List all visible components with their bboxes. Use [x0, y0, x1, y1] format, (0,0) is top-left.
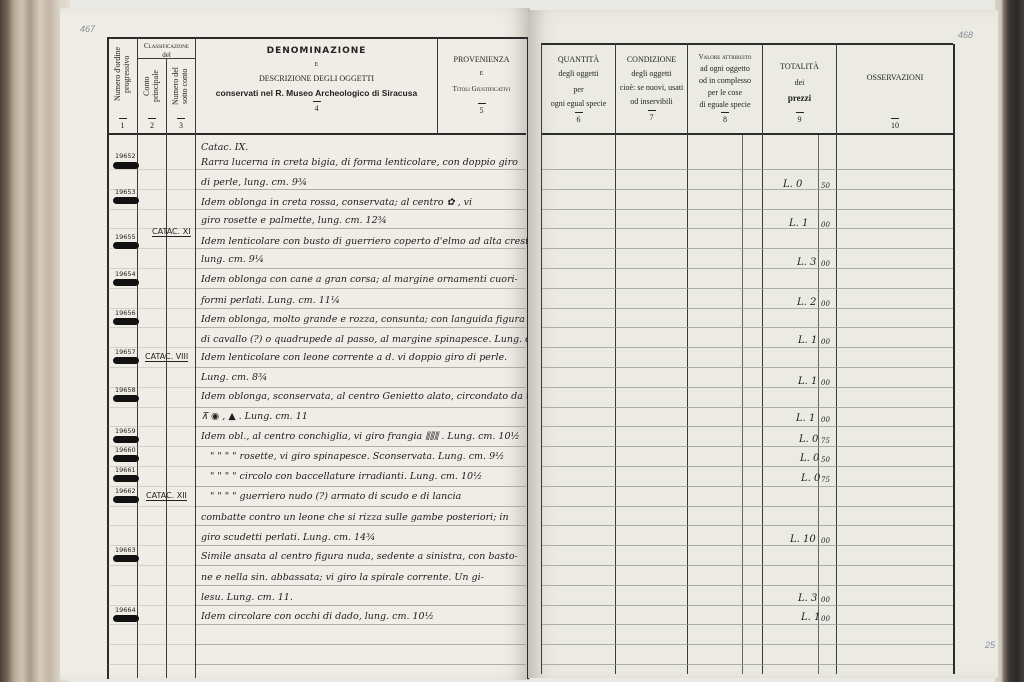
header-col-6-number: 6 [542, 112, 615, 125]
ruled-line [542, 605, 953, 606]
entry-text-line: Simile ansata al centro figura nuda, sed… [201, 551, 518, 562]
ruled-line [196, 169, 526, 170]
price-lire: L. 0 [783, 179, 802, 190]
header-col-9-number: 9 [763, 112, 836, 125]
ruled-line [542, 644, 953, 645]
ruled-line [108, 209, 195, 210]
ruled-line [196, 426, 526, 427]
redaction-blot [113, 318, 139, 325]
ruled-line [196, 407, 526, 408]
redaction-blot [113, 279, 139, 286]
header-col-8-line2: ad ogni oggetto [688, 64, 762, 74]
entry-text-line: ⊼ ◉ , ▲ . Lung. cm. 11 [201, 411, 308, 422]
header-col-3-label: Numero del sotto conto [172, 62, 190, 110]
ruled-line [542, 327, 953, 328]
header-col-2-label: Conto principale [143, 62, 161, 110]
price-cents: 00 [821, 379, 830, 387]
entry-text-line: giro rosette e palmette, lung. cm. 12¾ [201, 215, 387, 226]
entry-text-line: Idem oblonga in creta rossa, conservata;… [201, 197, 472, 208]
header-col-2: Conto principale 2 [138, 62, 166, 130]
col-divider [687, 44, 688, 674]
redaction-blot [113, 395, 139, 402]
header-col-8-number: 8 [688, 112, 762, 125]
ruled-line [196, 565, 526, 566]
book-right-edge [995, 0, 1024, 682]
ruled-line [196, 466, 526, 467]
header-col-4-number: 4 [196, 101, 437, 114]
header-col-9-line2: dei [763, 78, 836, 88]
bottom-corner-number: 25 [985, 640, 995, 650]
col-divider [615, 44, 616, 674]
header-col-5-line2: Titoli Giustificativi [438, 85, 525, 94]
price-lire: L. 0 [799, 434, 818, 445]
header-col-7-line2: degli oggetti [616, 69, 687, 79]
entry-text-line: formi perlati. Lung. cm. 11¼ [201, 295, 340, 306]
entry-number: 19660 [115, 446, 136, 454]
classification-label: Classificazione [138, 42, 195, 51]
redaction-blot [113, 496, 139, 503]
price-lire: L. 1 [796, 413, 815, 424]
entry-number: 19664 [115, 606, 136, 614]
right-header-top-line [541, 43, 953, 45]
ruled-line [542, 565, 953, 566]
ruled-line [542, 446, 953, 447]
entry-text-line: Idem lenticolare con busto di guerriero … [201, 236, 538, 247]
ruled-line [196, 189, 526, 190]
entry-text-line: Idem oblonga, molto grande e rozza, cons… [201, 314, 525, 325]
ruled-line [542, 486, 953, 487]
ruled-line [542, 268, 953, 269]
ruled-line [108, 169, 195, 170]
col-subdivider [742, 135, 743, 674]
redaction-blot [113, 197, 139, 204]
ruled-line [196, 644, 526, 645]
ruled-line [196, 506, 526, 507]
col-subdivider [818, 135, 819, 674]
header-col-9-line3: prezzi [763, 93, 836, 104]
price-cents: 00 [821, 300, 830, 308]
price-lire: L. 10 [790, 534, 816, 545]
redaction-blot [113, 555, 139, 562]
entry-text-line: lesu. Lung. cm. 11. [201, 592, 293, 603]
ruled-line [542, 189, 953, 190]
ruled-line [108, 506, 195, 507]
entry-text-line: Lung. cm. 8¾ [201, 372, 267, 383]
ruled-line [108, 367, 195, 368]
col-divider [762, 44, 763, 674]
ruled-line [542, 209, 953, 210]
ruled-line [108, 664, 195, 665]
header-col-9: TOTALITÀ dei prezzi 9 [763, 62, 836, 125]
entry-number: 19662 [115, 487, 136, 495]
ruled-line [196, 268, 526, 269]
redaction-blot [113, 242, 139, 249]
entry-text-line: di perle, lung. cm. 9¾ [201, 177, 307, 188]
entry-text-line: " " " " guerriero nudo (?) armato di scu… [210, 491, 461, 502]
header-col-6-line4: ogni egual specie [542, 99, 615, 109]
ruled-line [542, 347, 953, 348]
header-col-6-line2: degli oggetti [542, 69, 615, 79]
ruled-line [542, 228, 953, 229]
price-cents: 00 [821, 221, 830, 229]
ruled-line [196, 624, 526, 625]
redaction-blot [113, 436, 139, 443]
header-col-4-conj: E [196, 62, 437, 70]
ruled-line [542, 407, 953, 408]
entry-text-line: " " " " circolo con baccellature irradia… [210, 471, 482, 482]
price-lire: L. 1 [798, 376, 817, 387]
header-col-6: QUANTITÀ degli oggetti per ogni egual sp… [542, 55, 615, 125]
entry-text-line: Rarra lucerna in creta bigia, di forma l… [201, 157, 518, 168]
header-col-4: DENOMINAZIONE E DESCRIZIONE DEGLI OGGETT… [196, 46, 437, 114]
ruled-line [542, 426, 953, 427]
price-lire: L. 0 [801, 473, 820, 484]
header-col-2-number: 2 [148, 118, 156, 130]
price-lire: L. 3 [798, 593, 817, 604]
entry-number: 19656 [115, 309, 136, 317]
entry-text-line: Idem oblonga, sconservata, al centro Gen… [201, 391, 544, 402]
header-col-6-line3: per [542, 85, 615, 95]
entry-text-line: combatte contro un leone che si rizza su… [201, 512, 509, 523]
price-cents: 50 [821, 456, 830, 464]
redaction-blot [113, 475, 139, 482]
price-cents: 75 [821, 437, 830, 445]
ruled-line [196, 347, 526, 348]
header-col-8-line4: per le cose [688, 88, 762, 98]
ruled-line [542, 308, 953, 309]
header-col-4-line2: DESCRIZIONE DEGLI OGGETTI [196, 74, 437, 84]
col-divider [541, 44, 542, 674]
ruled-line [196, 664, 526, 665]
col-divider [195, 38, 196, 678]
price-cents: 00 [821, 615, 830, 623]
ruled-line [196, 605, 526, 606]
classification-sub: del [138, 51, 195, 60]
header-col-1-label: Numero d'ordine progressivo [114, 40, 132, 108]
entry-text-line: giro scudetti perlati. Lung. cm. 14¾ [201, 532, 375, 543]
header-col-5-number: 5 [438, 103, 525, 116]
entry-text-line: ne e nella sin. abbassata; vi giro la sp… [201, 572, 484, 583]
price-lire: L. 1 [801, 612, 820, 623]
header-col-5-conj: E [438, 71, 525, 79]
redaction-blot [113, 357, 139, 364]
right-page-number: 468 [958, 30, 973, 40]
ruled-line [196, 525, 526, 526]
header-col-7-number: 7 [616, 110, 687, 123]
price-cents: 00 [821, 596, 830, 604]
ruled-line [196, 288, 526, 289]
entry-text-line: Idem circolare con occhi di dado, lung. … [201, 611, 434, 622]
price-cents: 00 [821, 260, 830, 268]
header-col-7-line1: CONDIZIONE [616, 55, 687, 65]
ruled-line [542, 525, 953, 526]
header-col-8-line1: Valore attribuito [688, 53, 762, 62]
ruled-line [108, 585, 195, 586]
header-col-6-line1: QUANTITÀ [542, 55, 615, 65]
ruled-line [542, 367, 953, 368]
entry-number: 19653 [115, 188, 136, 196]
price-cents: 50 [821, 182, 830, 190]
ruled-line [196, 327, 526, 328]
entry-number: 19652 [115, 152, 136, 160]
ruled-line [542, 545, 953, 546]
entry-number: 19659 [115, 427, 136, 435]
entry-number: 19663 [115, 546, 136, 554]
catac-label: CATAC. XI [152, 227, 191, 237]
ruled-line [108, 525, 195, 526]
ruled-line [196, 308, 526, 309]
header-col-3-number: 3 [177, 118, 185, 130]
price-lire: L. 3 [797, 257, 816, 268]
left-header-divider [108, 133, 526, 135]
ruled-line [196, 486, 526, 487]
header-col-1-number: 1 [119, 118, 127, 130]
ruled-line [542, 506, 953, 507]
col-divider [836, 44, 837, 674]
ruled-line [196, 228, 526, 229]
right-header-divider [541, 133, 953, 135]
entry-number: 19654 [115, 270, 136, 278]
header-col-1: Numero d'ordine progressivo 1 [108, 40, 137, 130]
ruled-line [108, 644, 195, 645]
header-col-4-line3: conservati nel R. Museo Archeologico di … [196, 88, 437, 99]
header-col-10-number: 10 [837, 118, 953, 131]
entry-text-line: di cavallo (?) o quadrupede al passo, al… [201, 334, 567, 345]
header-col-8-line3: od in complesso [688, 76, 762, 86]
ruled-line [542, 169, 953, 170]
entry-number: 19661 [115, 466, 136, 474]
price-cents: 00 [821, 416, 830, 424]
header-col-9-line1: TOTALITÀ [763, 62, 836, 72]
ruled-line [542, 387, 953, 388]
redaction-blot [113, 455, 139, 462]
ruled-line [542, 288, 953, 289]
price-cents: 00 [821, 338, 830, 346]
entry-number: 19657 [115, 348, 136, 356]
catac-label: CATAC. XII [146, 491, 187, 501]
ruled-line [196, 545, 526, 546]
entry-number: 19658 [115, 386, 136, 394]
left-page-number: 467 [80, 24, 95, 34]
header-col-7: CONDIZIONE degli oggetti cioè: se nuovi,… [616, 55, 687, 123]
price-lire: L. 2 [797, 297, 816, 308]
ruled-line [542, 585, 953, 586]
entry-text-line: Idem obl., al centro conchiglia, vi giro… [201, 431, 520, 442]
ruled-line [108, 268, 195, 269]
entry-text-line: " " " " rosette, vi giro spinapesce. Sco… [210, 451, 504, 462]
ruled-line [108, 327, 195, 328]
header-col-7-line3: cioè: se nuovi, usati [616, 83, 687, 93]
ruled-line [542, 466, 953, 467]
header-col-10-line1: OSSERVAZIONI [837, 73, 953, 83]
denominazione-title: DENOMINAZIONE [196, 46, 437, 57]
entry-text-line: lung. cm. 9¼ [201, 254, 264, 265]
price-lire: L. 1 [798, 335, 817, 346]
price-cents: 75 [821, 476, 830, 484]
ruled-line [108, 565, 195, 566]
ruled-line [196, 446, 526, 447]
entry-text-line: Idem oblonga con cane a gran corsa; al m… [201, 274, 518, 285]
redaction-blot [113, 162, 139, 169]
ruled-line [108, 288, 195, 289]
redaction-blot [113, 615, 139, 622]
entry-number: 19655 [115, 233, 136, 241]
ruled-line [196, 367, 526, 368]
catac-label: CATAC. VIII [145, 352, 188, 362]
ruled-line [542, 664, 953, 665]
price-cents: 00 [821, 537, 830, 545]
price-lire: L. 0 [800, 453, 819, 464]
ruled-line [196, 248, 526, 249]
ruled-line [542, 624, 953, 625]
header-col-8-line5: di eguale specie [688, 100, 762, 110]
ruled-line [108, 407, 195, 408]
header-col-7-line4: od inservibili [616, 97, 687, 107]
header-col-3: Numero del sotto conto 3 [167, 62, 195, 130]
header-classification: Classificazione del [138, 42, 195, 60]
ruled-line [196, 209, 526, 210]
right-frame-edge [953, 44, 955, 674]
header-col-5: PROVENIENZA E Titoli Giustificativi 5 [438, 55, 525, 116]
entry-text-line: Idem lenticolare con leone corrente a d.… [201, 352, 507, 363]
price-lire: L. 1 [789, 218, 808, 229]
ruled-line [196, 387, 526, 388]
section-heading: Catac. IX. [201, 142, 248, 153]
ruled-line [196, 585, 526, 586]
ruled-line [542, 248, 953, 249]
header-col-5-line1: PROVENIENZA [438, 55, 525, 65]
ruled-line [108, 624, 195, 625]
header-col-10: OSSERVAZIONI 10 [837, 73, 953, 133]
header-col-8: Valore attribuito ad ogni oggetto od in … [688, 53, 762, 125]
